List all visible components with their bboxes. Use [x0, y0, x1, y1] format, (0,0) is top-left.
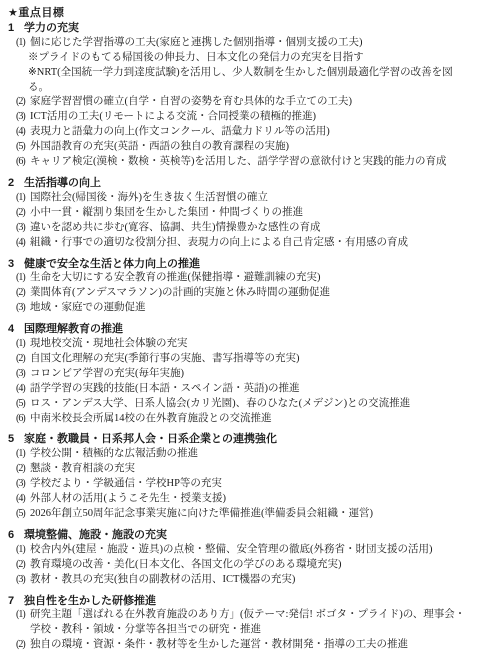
section: 6環境整備、施設・施設の充実(1)校舎内外(建屋・施設・遊具)の点検・整備、安全…	[8, 528, 472, 588]
item-text: コロンビア学習の充実(毎年実施)	[30, 368, 184, 379]
item-marker: (3)	[16, 221, 25, 236]
list-item: (5)ロス・アンデス大学、日系人協会(カリ光園)、春のひなた(メデジン)との交流…	[8, 397, 472, 412]
item-text: 生命を大切にする安全教育の推進(保健指導・避難訓練の充実)	[30, 272, 321, 283]
item-note: ※NRT(全国統一学力到達度試験)を活用し、少人数制を生かした個別最適化学習の改…	[8, 66, 472, 96]
item-note: ※プライドのもてる帰国後の伸長力、日本文化の発信力の充実を目指す	[8, 51, 472, 66]
item-text: 2026年創立50周年記念事業実施に向けた準備推進(準備委員会組織・運営)	[30, 508, 373, 519]
item-marker: (1)	[16, 608, 25, 623]
section-header: 5家庭・教職員・日系邦人会・日系企業との連携強化	[8, 432, 472, 447]
item-text: 教材・教具の充実(独自の副教材の活用、ICT機器の充実)	[30, 574, 295, 585]
section: 4国際理解教育の推進(1)現地校交流・現地社会体験の充実(2)自国文化理解の充実…	[8, 322, 472, 426]
list-item: (2)独自の環境・資源・条件・教材等を生かした運営・教材開発・指導の工夫の推進	[8, 638, 472, 652]
goals-list: 1学力の充実(1)個に応じた学習指導の工夫(家庭と連携した個別指導・個別支援の工…	[8, 21, 472, 652]
item-marker: (1)	[16, 447, 25, 462]
item-text: 組織・行事での適切な役割分担、表現力の向上による自己肯定感・有用感の育成	[30, 237, 408, 248]
list-item: (5)2026年創立50周年記念事業実施に向けた準備推進(準備委員会組織・運営)	[8, 507, 472, 522]
section-header: 6環境整備、施設・施設の充実	[8, 528, 472, 543]
list-item: (3)コロンビア学習の充実(毎年実施)	[8, 367, 472, 382]
section: 5家庭・教職員・日系邦人会・日系企業との連携強化(1)学校公開・積極的な広報活動…	[8, 432, 472, 521]
item-text: 現地校交流・現地社会体験の充実	[30, 338, 188, 349]
list-item: (1)国際社会(帰国後・海外)を生き抜く生活習慣の確立	[8, 191, 472, 206]
section: 7独自性を生かした研修推進(1)研究主題「選ばれる在外教育施設のあり方」(仮テー…	[8, 594, 472, 652]
section-title: 独自性を生かした研修推進	[24, 594, 156, 609]
item-text: 外国語教育の充実(英語・西語の独自の教育課程の実施)	[30, 141, 289, 152]
list-item: (4)語学学習の実践的技能(日本語・スペイン語・英語)の推進	[8, 382, 472, 397]
list-item: (2)家庭学習習慣の確立(自学・自習の姿勢を育む具体的な手立ての工夫)	[8, 95, 472, 110]
item-text: 小中一貫・縦割り集団を生かした集団・仲間づくりの推進	[30, 207, 303, 218]
section-title: 家庭・教職員・日系邦人会・日系企業との連携強化	[24, 432, 277, 447]
section-header: 7独自性を生かした研修推進	[8, 594, 472, 609]
section-number: 2	[8, 176, 24, 191]
item-text: 国際社会(帰国後・海外)を生き抜く生活習慣の確立	[30, 192, 268, 203]
item-marker: (1)	[16, 271, 25, 286]
page-title: ★重点目標	[8, 6, 472, 21]
list-item: (2)教育環境の改善・美化(日本文化、各国文化の学びのある環境充実)	[8, 558, 472, 573]
list-item: (6)キャリア検定(漢検・数検・英検等)を活用した、語学学習の意欲付けと実践的能…	[8, 155, 472, 170]
section-number: 6	[8, 528, 24, 543]
item-text: 懇談・教育相談の充実	[30, 463, 135, 474]
item-marker: (1)	[16, 337, 25, 352]
item-marker: (3)	[16, 477, 25, 492]
item-marker: (3)	[16, 301, 25, 316]
section-number: 3	[8, 257, 24, 272]
section-number: 7	[8, 594, 24, 609]
section-header: 3健康で安全な生活と体力向上の推進	[8, 257, 472, 272]
section-title: 環境整備、施設・施設の充実	[24, 528, 167, 543]
item-text: 校舎内外(建屋・施設・遊具)の点検・整備、安全管理の徹底(外務省・財団支援の活用…	[30, 544, 433, 555]
section: 1学力の充実(1)個に応じた学習指導の工夫(家庭と連携した個別指導・個別支援の工…	[8, 21, 472, 170]
section-title: 国際理解教育の推進	[24, 322, 123, 337]
item-marker: (3)	[16, 110, 25, 125]
item-marker: (6)	[16, 155, 25, 170]
list-item: (4)組織・行事での適切な役割分担、表現力の向上による自己肯定感・有用感の育成	[8, 236, 472, 251]
item-marker: (2)	[16, 95, 25, 110]
item-text: 研究主題「選ばれる在外教育施設のあり方」(仮テーマ:発信! ボゴタ・プライド)の…	[30, 609, 465, 635]
list-item: (1)生命を大切にする安全教育の推進(保健指導・避難訓練の充実)	[8, 271, 472, 286]
item-marker: (3)	[16, 573, 25, 588]
item-marker: (1)	[16, 543, 25, 558]
item-marker: (1)	[16, 36, 25, 51]
list-item: (4)表現力と語彙力の向上(作文コンクール、語彙力ドリル等の活用)	[8, 125, 472, 140]
list-item: (3)違いを認め共に歩む(寛容、協調、共生)情操豊かな感性の育成	[8, 221, 472, 236]
list-item: (2)小中一貫・縦割り集団を生かした集団・仲間づくりの推進	[8, 206, 472, 221]
list-item: (1)現地校交流・現地社会体験の充実	[8, 337, 472, 352]
list-item: (3)学校だより・学級通信・学校HP等の充実	[8, 477, 472, 492]
section-header: 4国際理解教育の推進	[8, 322, 472, 337]
list-item: (1)個に応じた学習指導の工夫(家庭と連携した個別指導・個別支援の工夫)	[8, 36, 472, 51]
item-marker: (5)	[16, 397, 25, 412]
item-marker: (2)	[16, 352, 25, 367]
item-marker: (4)	[16, 382, 25, 397]
item-text: 違いを認め共に歩む(寛容、協調、共生)情操豊かな感性の育成	[30, 222, 321, 233]
section-number: 4	[8, 322, 24, 337]
item-marker: (5)	[16, 140, 25, 155]
section-number: 5	[8, 432, 24, 447]
item-text: 自国文化理解の充実(季節行事の実施、書写指導等の充実)	[30, 353, 300, 364]
section-title: 学力の充実	[24, 21, 79, 36]
item-marker: (4)	[16, 492, 25, 507]
item-text: 業間体育(アンデスマラソン)の計画的実施と休み時間の運動促進	[30, 287, 330, 298]
document: ★重点目標 1学力の充実(1)個に応じた学習指導の工夫(家庭と連携した個別指導・…	[0, 0, 477, 652]
list-item: (6)中南米校長会所属14校の在外教育施設との交流推進	[8, 412, 472, 427]
item-text: 教育環境の改善・美化(日本文化、各国文化の学びのある環境充実)	[30, 559, 342, 570]
list-item: (4)外部人材の活用(ようこそ先生・授業支援)	[8, 492, 472, 507]
section-header: 1学力の充実	[8, 21, 472, 36]
item-marker: (2)	[16, 286, 25, 301]
item-text: 外部人材の活用(ようこそ先生・授業支援)	[30, 493, 226, 504]
list-item: (2)懇談・教育相談の充実	[8, 462, 472, 477]
item-text: キャリア検定(漢検・数検・英検等)を活用した、語学学習の意欲付けと実践的能力の育…	[30, 156, 447, 167]
item-marker: (2)	[16, 638, 25, 652]
item-text: 個に応じた学習指導の工夫(家庭と連携した個別指導・個別支援の工夫)	[30, 37, 363, 48]
item-text: ロス・アンデス大学、日系人協会(カリ光園)、春のひなた(メデジン)との交流推進	[30, 398, 410, 409]
section: 2生活指導の向上(1)国際社会(帰国後・海外)を生き抜く生活習慣の確立(2)小中…	[8, 176, 472, 251]
list-item: (1)学校公開・積極的な広報活動の推進	[8, 447, 472, 462]
item-marker: (6)	[16, 412, 25, 427]
section-title: 健康で安全な生活と体力向上の推進	[24, 257, 200, 272]
list-item: (2)業間体育(アンデスマラソン)の計画的実施と休み時間の運動促進	[8, 286, 472, 301]
item-text: 表現力と語彙力の向上(作文コンクール、語彙力ドリル等の活用)	[30, 126, 330, 137]
item-text: 独自の環境・資源・条件・教材等を生かした運営・教材開発・指導の工夫の推進	[30, 639, 408, 650]
item-marker: (1)	[16, 191, 25, 206]
list-item: (5)外国語教育の充実(英語・西語の独自の教育課程の実施)	[8, 140, 472, 155]
section: 3健康で安全な生活と体力向上の推進(1)生命を大切にする安全教育の推進(保健指導…	[8, 257, 472, 317]
item-text: 中南米校長会所属14校の在外教育施設との交流推進	[30, 413, 272, 424]
item-text: 地域・家庭での運動促進	[30, 302, 146, 313]
item-marker: (4)	[16, 125, 25, 140]
list-item: (3)ICT活用の工夫(リモートによる交流・合同授業の積極的推進)	[8, 110, 472, 125]
list-item: (1)研究主題「選ばれる在外教育施設のあり方」(仮テーマ:発信! ボゴタ・プライ…	[8, 608, 472, 638]
item-text: ICT活用の工夫(リモートによる交流・合同授業の積極的推進)	[30, 111, 316, 122]
item-text: 学校公開・積極的な広報活動の推進	[30, 448, 198, 459]
section-title: 生活指導の向上	[24, 176, 101, 191]
item-marker: (2)	[16, 206, 25, 221]
item-marker: (4)	[16, 236, 25, 251]
list-item: (1)校舎内外(建屋・施設・遊具)の点検・整備、安全管理の徹底(外務省・財団支援…	[8, 543, 472, 558]
section-number: 1	[8, 21, 24, 36]
item-text: 学校だより・学級通信・学校HP等の充実	[30, 478, 222, 489]
section-header: 2生活指導の向上	[8, 176, 472, 191]
item-marker: (2)	[16, 558, 25, 573]
list-item: (3)地域・家庭での運動促進	[8, 301, 472, 316]
item-marker: (5)	[16, 507, 25, 522]
item-marker: (3)	[16, 367, 25, 382]
list-item: (2)自国文化理解の充実(季節行事の実施、書写指導等の充実)	[8, 352, 472, 367]
item-marker: (2)	[16, 462, 25, 477]
item-text: 家庭学習習慣の確立(自学・自習の姿勢を育む具体的な手立ての工夫)	[30, 96, 352, 107]
item-text: 語学学習の実践的技能(日本語・スペイン語・英語)の推進	[30, 383, 300, 394]
list-item: (3)教材・教具の充実(独自の副教材の活用、ICT機器の充実)	[8, 573, 472, 588]
